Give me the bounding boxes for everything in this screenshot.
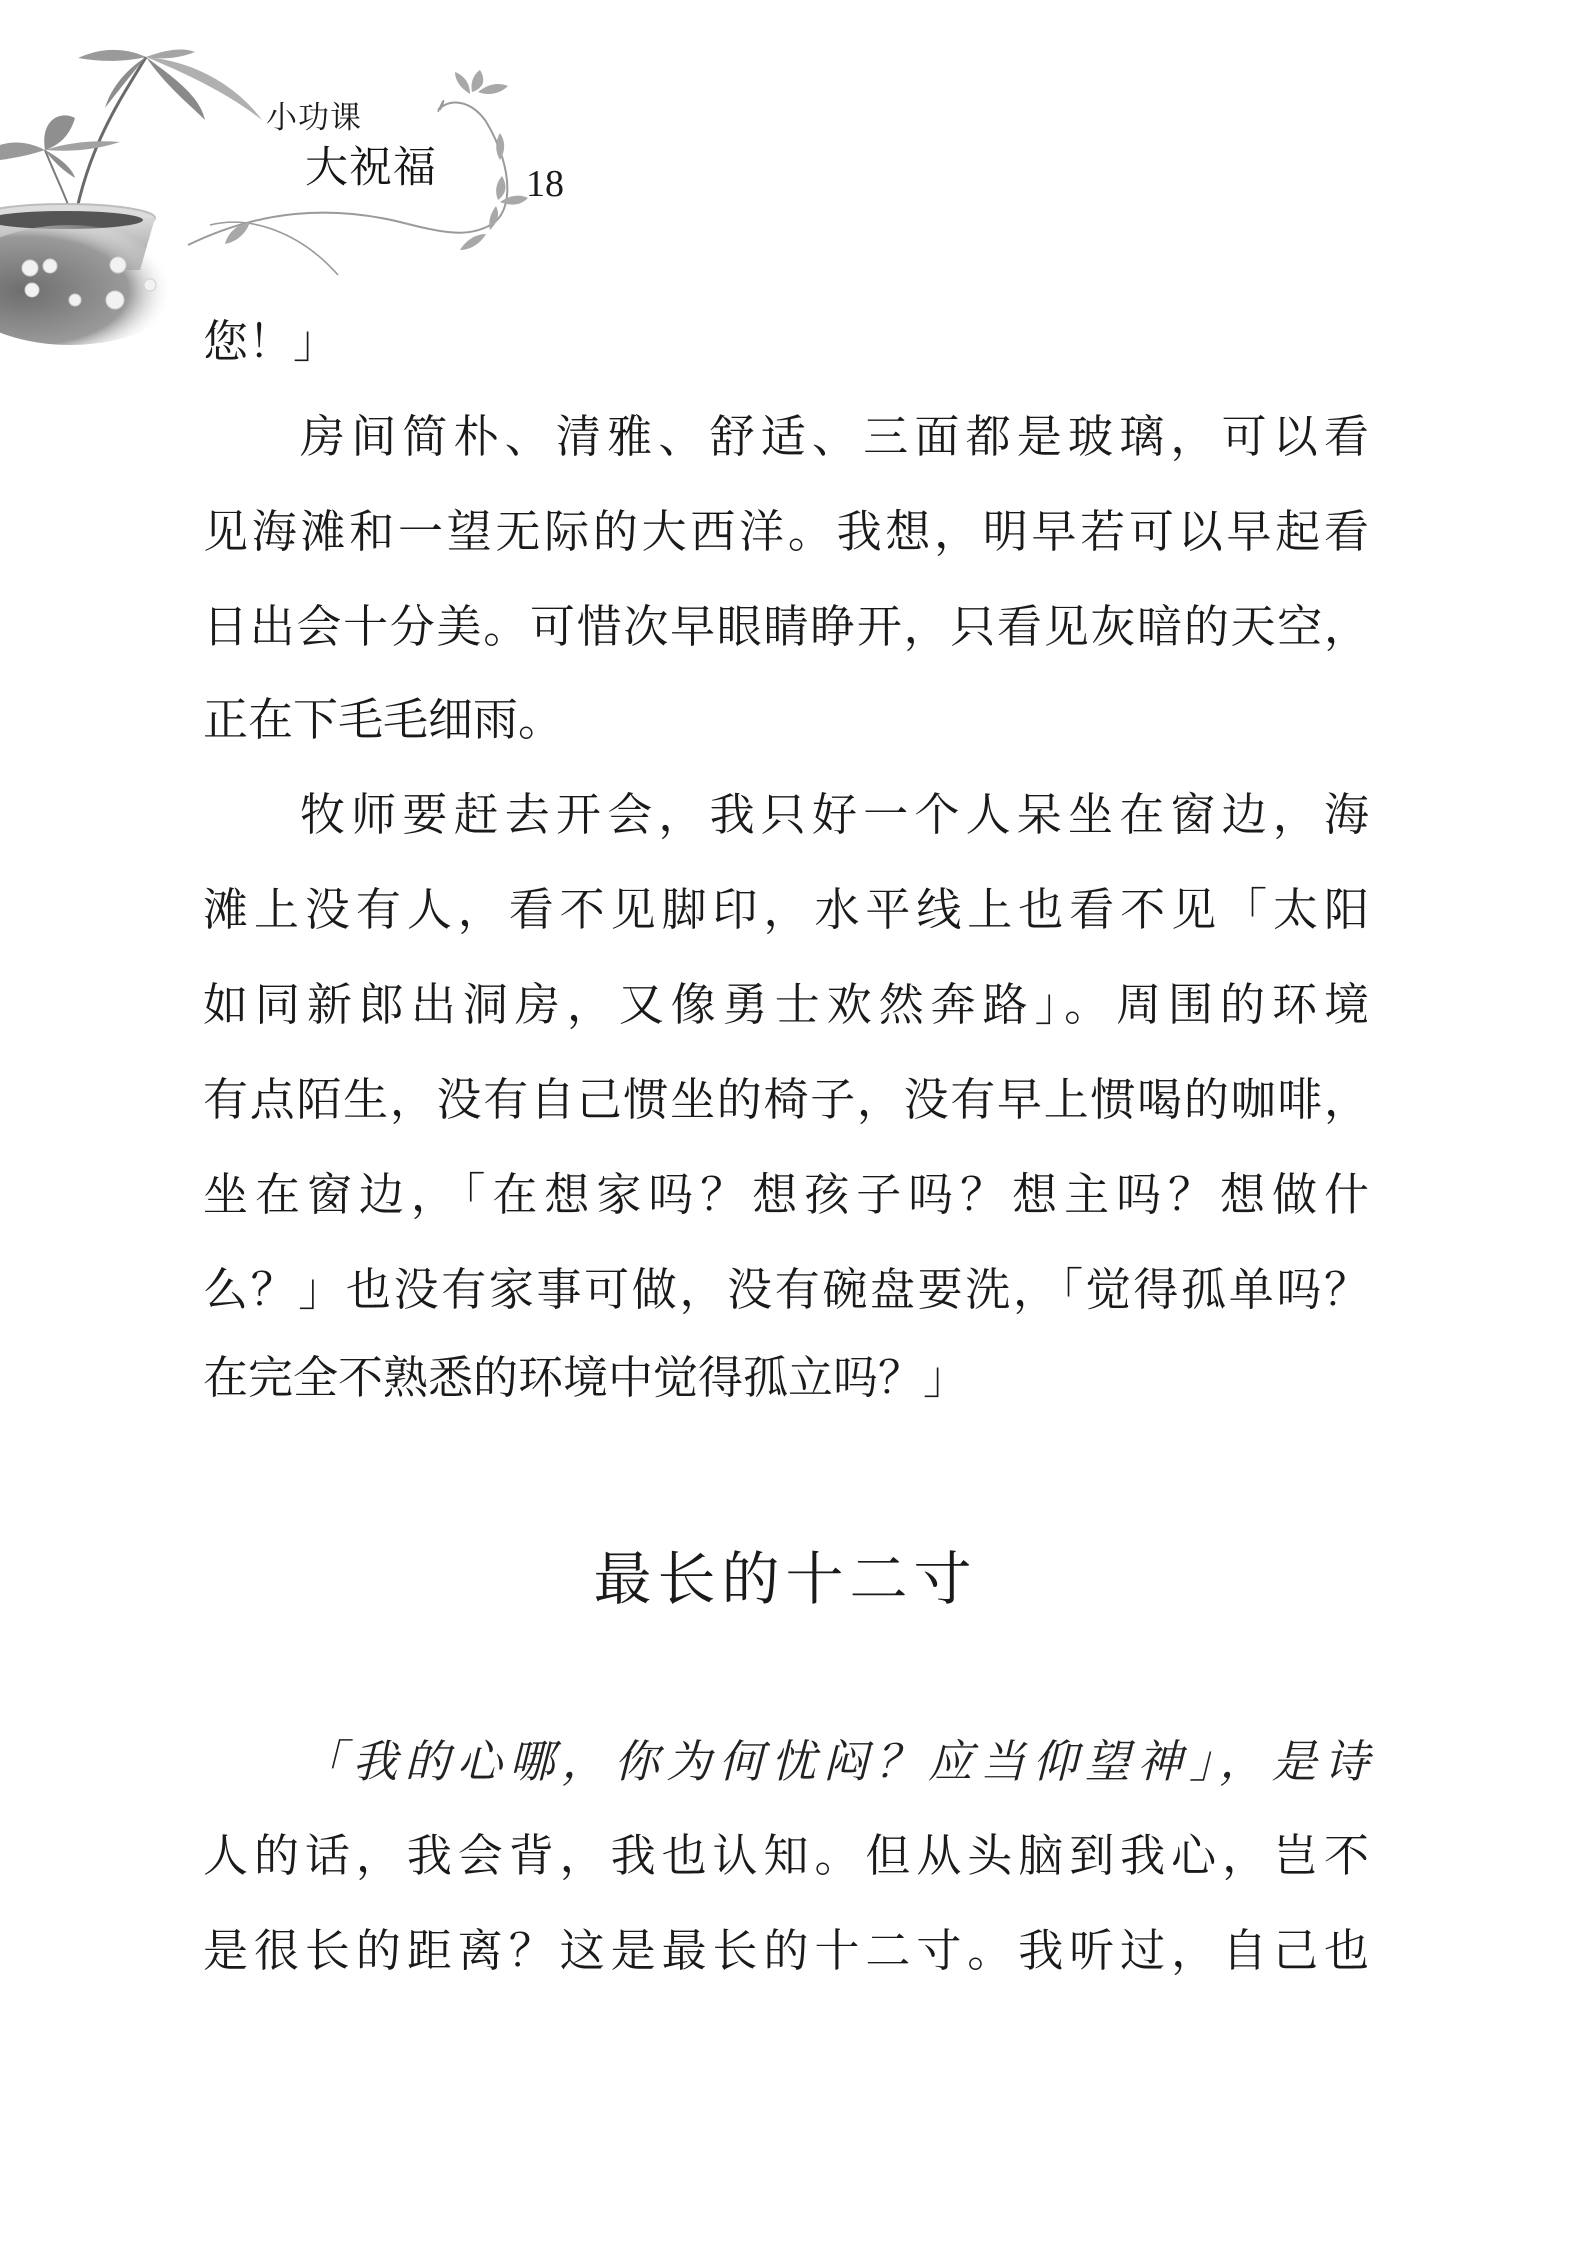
potted-plant-icon <box>0 49 262 345</box>
text-line: 房间简朴、清雅、舒适、三面都是玻璃，可以看 <box>300 409 1369 465</box>
text-line: 人的话，我会背，我也认知。但从头脑到我心，岂不 <box>203 1828 1369 1884</box>
series-name: 小功课 <box>266 98 362 138</box>
book-page: 小功课 大祝福 18 您！」 房间简朴、清雅、舒适、三面都是玻璃，可以看 见海滩… <box>0 0 1571 2256</box>
text-line: 牧师要赶去开会，我只好一个人呆坐在窗边，海 <box>300 787 1369 843</box>
text-line: 您！」 <box>203 314 1369 370</box>
text-line: 如同新郎出洞房，又像勇士欢然奔路」。周围的环境 <box>203 977 1369 1033</box>
text-line-quote: 「我的心哪，你为何忧闷？应当仰望神」，是诗 <box>300 1734 1369 1790</box>
text-line: 坐在窗边，「在想家吗？想孩子吗？想主吗？想做什 <box>203 1167 1369 1223</box>
page-number: 18 <box>526 162 564 206</box>
text-line: 在完全不熟悉的环境中觉得孤立吗？」 <box>203 1350 1369 1406</box>
text-line: 见海滩和一望无际的大西洋。我想，明早若可以早起看 <box>203 504 1369 560</box>
text-line: 滩上没有人，看不见脚印，水平线上也看不见「太阳 <box>203 882 1369 938</box>
text-line: 正在下毛毛细雨。 <box>203 692 1369 748</box>
text-line: 是很长的距离？这是最长的十二寸。我听过，自己也 <box>203 1923 1369 1979</box>
text-line: 日出会十分美。可惜次早眼睛睁开，只看见灰暗的天空， <box>203 599 1369 655</box>
book-title: 大祝福 <box>305 140 437 196</box>
text-line: 有点陌生，没有自己惯坐的椅子，没有早上惯喝的咖啡， <box>203 1072 1369 1128</box>
text-line: 么？」也没有家事可做，没有碗盘要洗，「觉得孤单吗？ <box>203 1262 1369 1318</box>
section-title: 最长的十二寸 <box>0 1544 1571 1614</box>
